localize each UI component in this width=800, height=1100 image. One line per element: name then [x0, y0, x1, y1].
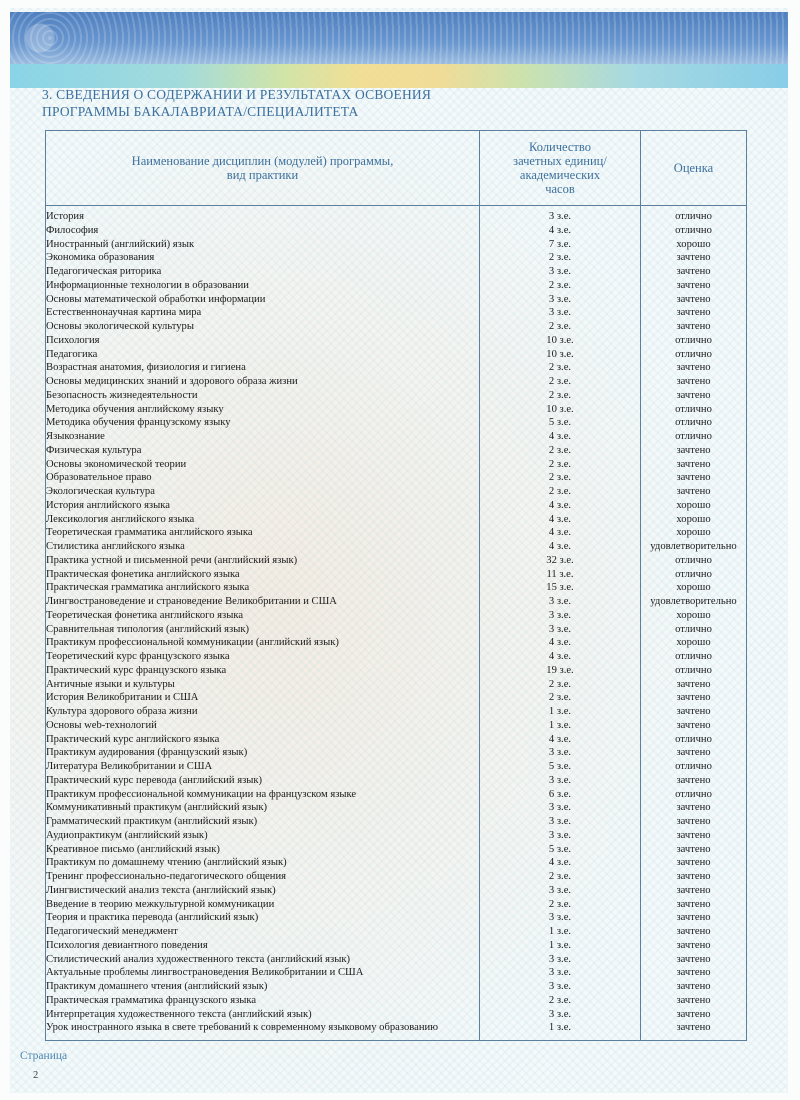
table-row: Практика устной и письменной речи (англи… — [46, 554, 747, 568]
grade-value: зачтено — [641, 444, 747, 458]
discipline-name: Экологическая культура — [46, 485, 480, 499]
credits-value: 15 з.е. — [480, 581, 641, 595]
credits-value: 3 з.е. — [480, 1008, 641, 1022]
credits-value: 10 з.е. — [480, 348, 641, 362]
discipline-name: Практикум домашнего чтения (английский я… — [46, 980, 480, 994]
table-row: Языкознание4 з.е.отлично — [46, 430, 747, 444]
credits-value: 1 з.е. — [480, 939, 641, 953]
table-row: Основы web-технологий1 з.е.зачтено — [46, 719, 747, 733]
grade-value: зачтено — [641, 471, 747, 485]
grade-value: зачтено — [641, 939, 747, 953]
credits-value: 2 з.е. — [480, 678, 641, 692]
credits-value: 2 з.е. — [480, 691, 641, 705]
discipline-name: Теория и практика перевода (английский я… — [46, 911, 480, 925]
grade-value: зачтено — [641, 884, 747, 898]
discipline-name: Психология девиантного поведения — [46, 939, 480, 953]
section-title-line-1: 3. СВЕДЕНИЯ О СОДЕРЖАНИИ И РЕЗУЛЬТАТАХ О… — [42, 86, 431, 103]
grade-value: зачтено — [641, 829, 747, 843]
credits-value: 2 з.е. — [480, 444, 641, 458]
discipline-name: Коммуникативный практикум (английский яз… — [46, 801, 480, 815]
table-row: Урок иностранного языка в свете требован… — [46, 1021, 747, 1040]
discipline-name: Теоретическая грамматика английского язы… — [46, 526, 480, 540]
table-row: Педагогический менеджмент1 з.е.зачтено — [46, 925, 747, 939]
discipline-name: Философия — [46, 224, 480, 238]
discipline-name: Педагогическая риторика — [46, 265, 480, 279]
table-row: Педагогика10 з.е.отлично — [46, 348, 747, 362]
grade-value: хорошо — [641, 238, 747, 252]
table-row: Сравнительная типология (английский язык… — [46, 623, 747, 637]
credits-value: 3 з.е. — [480, 306, 641, 320]
section-title-line-2: ПРОГРАММЫ БАКАЛАВРИАТА/СПЕЦИАЛИТЕТА — [42, 103, 431, 120]
grade-value: хорошо — [641, 609, 747, 623]
grade-value: хорошо — [641, 513, 747, 527]
discipline-name: Креативное письмо (английский язык) — [46, 843, 480, 857]
credits-value: 2 з.е. — [480, 361, 641, 375]
header-name-line-2: вид практики — [52, 168, 473, 182]
table-row: Практический курс английского языка4 з.е… — [46, 733, 747, 747]
table-row: Литература Великобритании и США5 з.е.отл… — [46, 760, 747, 774]
header-credits-line-4: часов — [486, 182, 634, 196]
grade-value: отлично — [641, 664, 747, 678]
discipline-name: Введение в теорию межкультурной коммуник… — [46, 898, 480, 912]
grade-value: хорошо — [641, 636, 747, 650]
discipline-name: Практическая грамматика французского язы… — [46, 994, 480, 1008]
table-row: Экономика образования2 з.е.зачтено — [46, 251, 747, 265]
table-row: Интерпретация художественного текста (ан… — [46, 1008, 747, 1022]
credits-value: 3 з.е. — [480, 265, 641, 279]
discipline-name: Основы математической обработки информац… — [46, 293, 480, 307]
discipline-name: Основы экологической культуры — [46, 320, 480, 334]
rainbow-security-band — [10, 64, 788, 88]
discipline-name: Актуальные проблемы лингвострановедения … — [46, 966, 480, 980]
credits-value: 1 з.е. — [480, 719, 641, 733]
table-row: Методика обучения английскому языку10 з.… — [46, 403, 747, 417]
credits-value: 2 з.е. — [480, 251, 641, 265]
discipline-name: Практический курс французского языка — [46, 664, 480, 678]
table-row: Креативное письмо (английский язык)5 з.е… — [46, 843, 747, 857]
discipline-name: Физическая культура — [46, 444, 480, 458]
discipline-name: Лексикология английского языка — [46, 513, 480, 527]
discipline-name: Языкознание — [46, 430, 480, 444]
grade-value: отлично — [641, 430, 747, 444]
table-row: Иностранный (английский) язык7 з.е.хорош… — [46, 238, 747, 252]
discipline-name: Методика обучения английскому языку — [46, 403, 480, 417]
table-body: История3 з.е.отличноФилософия4 з.е.отлич… — [46, 206, 747, 1041]
credits-value: 2 з.е. — [480, 375, 641, 389]
grade-value: зачтено — [641, 980, 747, 994]
discipline-name: Практикум профессиональной коммуникации … — [46, 788, 480, 802]
table-row: Философия4 з.е.отлично — [46, 224, 747, 238]
grade-value: зачтено — [641, 925, 747, 939]
discipline-name: Образовательное право — [46, 471, 480, 485]
header-credits-line-1: Количество — [486, 140, 634, 154]
table-row: Практическая грамматика французского язы… — [46, 994, 747, 1008]
table-row: Психология девиантного поведения1 з.е.за… — [46, 939, 747, 953]
grade-value: зачтено — [641, 898, 747, 912]
table-row: Лексикология английского языка4 з.е.хоро… — [46, 513, 747, 527]
credits-value: 2 з.е. — [480, 389, 641, 403]
table-row: Лингвистический анализ текста (английски… — [46, 884, 747, 898]
credits-value: 3 з.е. — [480, 980, 641, 994]
discipline-name: Психология — [46, 334, 480, 348]
discipline-name: Основы экономической теории — [46, 458, 480, 472]
table-row: Введение в теорию межкультурной коммуник… — [46, 898, 747, 912]
discipline-name: Педагогика — [46, 348, 480, 362]
grade-value: зачтено — [641, 856, 747, 870]
table-row: Психология10 з.е.отлично — [46, 334, 747, 348]
credits-value: 4 з.е. — [480, 526, 641, 540]
credits-value: 3 з.е. — [480, 815, 641, 829]
discipline-name: Практикум профессиональной коммуникации … — [46, 636, 480, 650]
grade-value: отлично — [641, 224, 747, 238]
discipline-name: Теоретическая фонетика английского языка — [46, 609, 480, 623]
credits-value: 3 з.е. — [480, 746, 641, 760]
header-credits-line-2: зачетных единиц/ — [486, 154, 634, 168]
grade-value: зачтено — [641, 843, 747, 857]
table-row: История3 з.е.отлично — [46, 206, 747, 224]
credits-value: 2 з.е. — [480, 994, 641, 1008]
table-row: Античные языки и культуры2 з.е.зачтено — [46, 678, 747, 692]
grade-value: отлично — [641, 206, 747, 224]
table-row: Практический курс французского языка19 з… — [46, 664, 747, 678]
credits-value: 4 з.е. — [480, 733, 641, 747]
table-row: Теоретическая грамматика английского язы… — [46, 526, 747, 540]
table-row: Практическая фонетика английского языка1… — [46, 568, 747, 582]
credits-value: 6 з.е. — [480, 788, 641, 802]
credits-value: 3 з.е. — [480, 884, 641, 898]
table-row: Естественнонаучная картина мира3 з.е.зач… — [46, 306, 747, 320]
discipline-name: Практический курс перевода (английский я… — [46, 774, 480, 788]
discipline-name: Практикум аудирования (французский язык) — [46, 746, 480, 760]
grade-value: отлично — [641, 554, 747, 568]
credits-value: 3 з.е. — [480, 774, 641, 788]
table-row: Педагогическая риторика3 з.е.зачтено — [46, 265, 747, 279]
table-row: Аудиопрактикум (английский язык)3 з.е.за… — [46, 829, 747, 843]
table-row: Практическая грамматика английского язык… — [46, 581, 747, 595]
credits-value: 2 з.е. — [480, 471, 641, 485]
discipline-name: Экономика образования — [46, 251, 480, 265]
grade-value: отлично — [641, 334, 747, 348]
disciplines-table: Наименование дисциплин (модулей) програм… — [45, 130, 747, 1041]
discipline-name: Педагогический менеджмент — [46, 925, 480, 939]
table-row: Актуальные проблемы лингвострановедения … — [46, 966, 747, 980]
grade-value: зачтено — [641, 485, 747, 499]
discipline-name: Естественнонаучная картина мира — [46, 306, 480, 320]
discipline-name: Интерпретация художественного текста (ан… — [46, 1008, 480, 1022]
table-row: Основы экологической культуры2 з.е.зачте… — [46, 320, 747, 334]
credits-value: 2 з.е. — [480, 279, 641, 293]
table-row: Практикум профессиональной коммуникации … — [46, 788, 747, 802]
grade-value: зачтено — [641, 966, 747, 980]
discipline-name: Стилистика английского языка — [46, 540, 480, 554]
credits-value: 3 з.е. — [480, 609, 641, 623]
credits-value: 4 з.е. — [480, 856, 641, 870]
credits-value: 1 з.е. — [480, 705, 641, 719]
grade-value: удовлетворительно — [641, 595, 747, 609]
header-credits: Количество зачетных единиц/ академически… — [480, 131, 641, 206]
grade-value: зачтено — [641, 705, 747, 719]
credits-value: 4 з.е. — [480, 224, 641, 238]
table-row: Информационные технологии в образовании2… — [46, 279, 747, 293]
guilloche-header-band — [10, 12, 788, 64]
grade-value: отлично — [641, 623, 747, 637]
table-row: Практикум профессиональной коммуникации … — [46, 636, 747, 650]
table-row: История английского языка4 з.е.хорошо — [46, 499, 747, 513]
credits-value: 10 з.е. — [480, 403, 641, 417]
credits-value: 4 з.е. — [480, 430, 641, 444]
credits-value: 4 з.е. — [480, 499, 641, 513]
table-row: Практический курс перевода (английский я… — [46, 774, 747, 788]
table-row: Теоретический курс французского языка4 з… — [46, 650, 747, 664]
credits-value: 3 з.е. — [480, 623, 641, 637]
table-row: Лингвострановедение и страноведение Вели… — [46, 595, 747, 609]
grade-value: отлично — [641, 403, 747, 417]
discipline-name: Лингвострановедение и страноведение Вели… — [46, 595, 480, 609]
discipline-name: Культура здорового образа жизни — [46, 705, 480, 719]
credits-value: 4 з.е. — [480, 650, 641, 664]
grade-value: хорошо — [641, 499, 747, 513]
grade-value: отлично — [641, 760, 747, 774]
grade-value: хорошо — [641, 581, 747, 595]
grade-value: зачтено — [641, 1021, 747, 1040]
table-row: Возрастная анатомия, физиология и гигиен… — [46, 361, 747, 375]
grade-value: зачтено — [641, 746, 747, 760]
discipline-name: Основы медицинских знаний и здорового об… — [46, 375, 480, 389]
credits-value: 11 з.е. — [480, 568, 641, 582]
credits-value: 1 з.е. — [480, 1021, 641, 1040]
discipline-name: Античные языки и культуры — [46, 678, 480, 692]
credits-value: 3 з.е. — [480, 206, 641, 224]
discipline-name: Лингвистический анализ текста (английски… — [46, 884, 480, 898]
credits-value: 2 з.е. — [480, 485, 641, 499]
table-row: Образовательное право2 з.е.зачтено — [46, 471, 747, 485]
table-row: Практикум домашнего чтения (английский я… — [46, 980, 747, 994]
grade-value: отлично — [641, 348, 747, 362]
credits-value: 3 з.е. — [480, 829, 641, 843]
grade-value: отлично — [641, 416, 747, 430]
credits-value: 10 з.е. — [480, 334, 641, 348]
credits-value: 3 з.е. — [480, 911, 641, 925]
grade-value: зачтено — [641, 320, 747, 334]
table-row: Тренинг профессионально-педагогического … — [46, 870, 747, 884]
table-row: Основы экономической теории2 з.е.зачтено — [46, 458, 747, 472]
grade-value: зачтено — [641, 389, 747, 403]
discipline-name: Основы web-технологий — [46, 719, 480, 733]
credits-value: 2 з.е. — [480, 458, 641, 472]
header-credits-line-3: академических — [486, 168, 634, 182]
table-row: Стилистика английского языка4 з.е.удовле… — [46, 540, 747, 554]
grade-value: зачтено — [641, 293, 747, 307]
discipline-name: Практика устной и письменной речи (англи… — [46, 554, 480, 568]
table-row: Безопасность жизнедеятельности2 з.е.зачт… — [46, 389, 747, 403]
table-row: История Великобритании и США2 з.е.зачтен… — [46, 691, 747, 705]
credits-value: 3 з.е. — [480, 595, 641, 609]
grade-value: зачтено — [641, 361, 747, 375]
discipline-name: Сравнительная типология (английский язык… — [46, 623, 480, 637]
table-header-row: Наименование дисциплин (модулей) програм… — [46, 131, 747, 206]
table-row: Теоретическая фонетика английского языка… — [46, 609, 747, 623]
table-row: Физическая культура2 з.е.зачтено — [46, 444, 747, 458]
grade-value: зачтено — [641, 953, 747, 967]
discipline-name: Практикум по домашнему чтению (английски… — [46, 856, 480, 870]
discipline-name: Практическая грамматика английского язык… — [46, 581, 480, 595]
grade-value: зачтено — [641, 279, 747, 293]
discipline-name: История английского языка — [46, 499, 480, 513]
table-row: Стилистический анализ художественного те… — [46, 953, 747, 967]
grade-value: зачтено — [641, 691, 747, 705]
grade-value: зачтено — [641, 815, 747, 829]
grade-value: удовлетворительно — [641, 540, 747, 554]
section-title: 3. СВЕДЕНИЯ О СОДЕРЖАНИИ И РЕЗУЛЬТАТАХ О… — [42, 86, 431, 120]
table-row: Практикум аудирования (французский язык)… — [46, 746, 747, 760]
grade-value: зачтено — [641, 1008, 747, 1022]
credits-value: 7 з.е. — [480, 238, 641, 252]
table-row: Основы медицинских знаний и здорового об… — [46, 375, 747, 389]
header-grade: Оценка — [641, 131, 747, 206]
discipline-name: Информационные технологии в образовании — [46, 279, 480, 293]
page-label: Страница — [20, 1050, 67, 1062]
grade-value: зачтено — [641, 719, 747, 733]
grade-value: зачтено — [641, 375, 747, 389]
credits-value: 4 з.е. — [480, 513, 641, 527]
discipline-name: Литература Великобритании и США — [46, 760, 480, 774]
discipline-name: Иностранный (английский) язык — [46, 238, 480, 252]
credits-value: 4 з.е. — [480, 636, 641, 650]
discipline-name: История Великобритании и США — [46, 691, 480, 705]
discipline-name: Возрастная анатомия, физиология и гигиен… — [46, 361, 480, 375]
credits-value: 5 з.е. — [480, 760, 641, 774]
page-number: 2 — [33, 1070, 38, 1081]
grade-value: отлично — [641, 650, 747, 664]
grade-value: зачтено — [641, 306, 747, 320]
credits-value: 5 з.е. — [480, 843, 641, 857]
grade-value: отлично — [641, 568, 747, 582]
discipline-name: Практический курс английского языка — [46, 733, 480, 747]
grade-value: хорошо — [641, 526, 747, 540]
discipline-name: Урок иностранного языка в свете требован… — [46, 1021, 480, 1040]
discipline-name: Тренинг профессионально-педагогического … — [46, 870, 480, 884]
table-row: Теория и практика перевода (английский я… — [46, 911, 747, 925]
credits-value: 4 з.е. — [480, 540, 641, 554]
grade-value: отлично — [641, 788, 747, 802]
credits-value: 19 з.е. — [480, 664, 641, 678]
table-row: Коммуникативный практикум (английский яз… — [46, 801, 747, 815]
grade-value: зачтено — [641, 265, 747, 279]
credits-value: 2 з.е. — [480, 320, 641, 334]
credits-value: 5 з.е. — [480, 416, 641, 430]
discipline-name: Грамматический практикум (английский язы… — [46, 815, 480, 829]
discipline-name: Теоретический курс французского языка — [46, 650, 480, 664]
table-row: Грамматический практикум (английский язы… — [46, 815, 747, 829]
grade-value: зачтено — [641, 251, 747, 265]
table-row: Культура здорового образа жизни1 з.е.зач… — [46, 705, 747, 719]
credits-value: 3 з.е. — [480, 801, 641, 815]
discipline-name: Методика обучения французскому языку — [46, 416, 480, 430]
header-discipline-name: Наименование дисциплин (модулей) програм… — [46, 131, 480, 206]
grade-value: зачтено — [641, 870, 747, 884]
credits-value: 3 з.е. — [480, 293, 641, 307]
grade-value: зачтено — [641, 458, 747, 472]
table-row: Основы математической обработки информац… — [46, 293, 747, 307]
grade-value: отлично — [641, 733, 747, 747]
table-row: Практикум по домашнему чтению (английски… — [46, 856, 747, 870]
grade-value: зачтено — [641, 678, 747, 692]
grade-value: зачтено — [641, 774, 747, 788]
discipline-name: Аудиопрактикум (английский язык) — [46, 829, 480, 843]
header-name-line-1: Наименование дисциплин (модулей) програм… — [52, 154, 473, 168]
discipline-name: История — [46, 206, 480, 224]
grade-value: зачтено — [641, 911, 747, 925]
table-row: Экологическая культура2 з.е.зачтено — [46, 485, 747, 499]
credits-value: 2 з.е. — [480, 898, 641, 912]
credits-value: 1 з.е. — [480, 925, 641, 939]
credits-value: 2 з.е. — [480, 870, 641, 884]
grade-value: зачтено — [641, 994, 747, 1008]
credits-value: 3 з.е. — [480, 953, 641, 967]
table-row: Методика обучения французскому языку5 з.… — [46, 416, 747, 430]
discipline-name: Безопасность жизнедеятельности — [46, 389, 480, 403]
grade-value: зачтено — [641, 801, 747, 815]
discipline-name: Стилистический анализ художественного те… — [46, 953, 480, 967]
discipline-name: Практическая фонетика английского языка — [46, 568, 480, 582]
credits-value: 32 з.е. — [480, 554, 641, 568]
credits-value: 3 з.е. — [480, 966, 641, 980]
